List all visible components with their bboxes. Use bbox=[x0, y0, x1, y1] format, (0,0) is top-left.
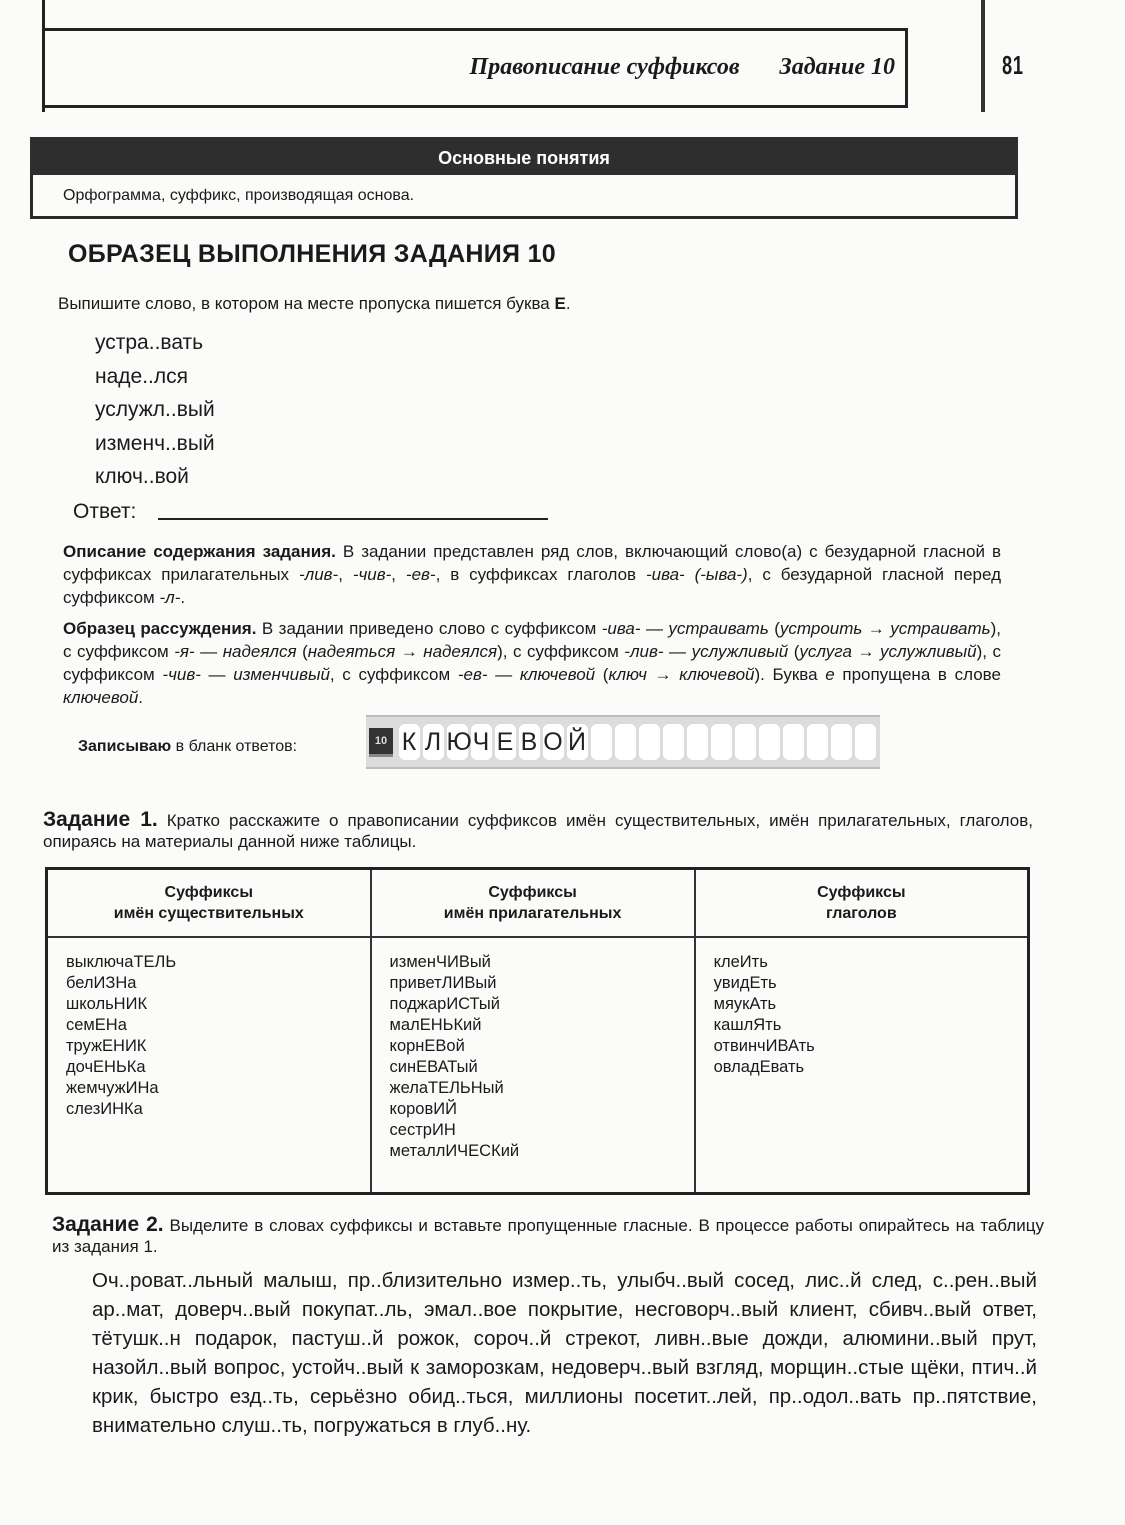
answer-blank-cell[interactable]: К bbox=[399, 724, 420, 760]
answer-line[interactable] bbox=[158, 518, 548, 520]
suffix-example: овладЕвать bbox=[714, 1057, 1027, 1078]
suffix-example: дочЕНЬКа bbox=[66, 1057, 370, 1078]
sample-word: услужл..вый bbox=[95, 393, 215, 427]
answer-blank-cell[interactable] bbox=[807, 724, 828, 760]
blank-task-number: 10 bbox=[369, 728, 393, 757]
answer-blank-cell[interactable]: Е bbox=[495, 724, 516, 760]
answer-blank-cell[interactable] bbox=[831, 724, 852, 760]
table-header-cell: Суффиксыимён прилагательных bbox=[371, 869, 695, 938]
suffix-example: семЕНа bbox=[66, 1015, 370, 1036]
answer-blank-label: Записываю в бланк ответов: bbox=[78, 738, 297, 756]
task-description: Описание содержания задания. В задании п… bbox=[63, 540, 1001, 609]
suffix-table: Суффиксыимён существительныхСуффиксыимён… bbox=[45, 867, 1030, 1195]
suffix-example: белИЗНа bbox=[66, 973, 370, 994]
sample-instruction: Выпишите слово, в котором на месте пропу… bbox=[58, 294, 571, 314]
answer-blank-cell[interactable] bbox=[639, 724, 660, 760]
suffix-example: приветЛИВый bbox=[390, 973, 694, 994]
suffix-example: коровИЙ bbox=[390, 1099, 694, 1120]
answer-blank-cell[interactable]: Ю bbox=[447, 724, 468, 760]
answer-blank-cell[interactable] bbox=[687, 724, 708, 760]
table-cell: изменЧИВыйприветЛИВыйподжарИСТыймалЕНЬКи… bbox=[371, 937, 695, 1194]
suffix-example: сестрИН bbox=[390, 1120, 694, 1141]
answer-blank-cell[interactable]: Ч bbox=[471, 724, 492, 760]
suffix-example: увидЕть bbox=[714, 973, 1027, 994]
instruction-end: . bbox=[566, 294, 571, 313]
suffix-example: корнЕВой bbox=[390, 1036, 694, 1057]
task2-text: Выделите в словах суффиксы и вставьте пр… bbox=[52, 1216, 1044, 1256]
answer-blank-cell[interactable] bbox=[711, 724, 732, 760]
answer-blank-cell[interactable] bbox=[783, 724, 804, 760]
header-vertical-rule bbox=[981, 0, 985, 112]
suffix-example: синЕВАТый bbox=[390, 1057, 694, 1078]
answer-blank-cell[interactable]: Л bbox=[423, 724, 444, 760]
suffix-example: выключаТЕЛЬ bbox=[66, 952, 370, 973]
instruction-text: Выпишите слово, в котором на месте пропу… bbox=[58, 294, 550, 313]
answer-blank-cell[interactable] bbox=[591, 724, 612, 760]
sample-word: устра..вать bbox=[95, 326, 215, 360]
suffix-example: клеИть bbox=[714, 952, 1027, 973]
blank-label-bold: Записываю bbox=[78, 738, 171, 755]
task-label: Задание 10 bbox=[780, 54, 895, 80]
suffix-example: мяукАть bbox=[714, 994, 1027, 1015]
task1-text: Кратко расскажите о правописании суффикс… bbox=[43, 811, 1033, 851]
task2-exercise: Оч..роват..льный малыш, пр..близительно … bbox=[92, 1266, 1037, 1440]
concepts-title: Основные понятия bbox=[30, 137, 1018, 175]
page-number: 81 bbox=[1002, 50, 1024, 81]
suffix-example: малЕНЬКий bbox=[390, 1015, 694, 1036]
answer-blank-cell[interactable]: О bbox=[543, 724, 564, 760]
suffix-example: желаТЕЛЬНый bbox=[390, 1078, 694, 1099]
sample-title: ОБРАЗЕЦ ВЫПОЛНЕНИЯ ЗАДАНИЯ 10 bbox=[68, 240, 556, 269]
sample-word: наде..лся bbox=[95, 360, 215, 394]
table-header-cell: Суффиксыглаголов bbox=[695, 869, 1029, 938]
reasoning-sample: Образец рассуждения. В задании приведено… bbox=[63, 617, 1001, 709]
suffix-example: тружЕНИК bbox=[66, 1036, 370, 1057]
table-cell: выключаТЕЛЬбелИЗНашкольНИКсемЕНатружЕНИК… bbox=[47, 937, 371, 1194]
running-header: Правописание суффиксовЗадание 10 bbox=[470, 54, 895, 81]
suffix-example: слезИНКа bbox=[66, 1099, 370, 1120]
suffix-example: школьНИК bbox=[66, 994, 370, 1015]
answer-blank-cell[interactable] bbox=[663, 724, 684, 760]
blank-label-rest: в бланк ответов: bbox=[176, 738, 297, 755]
table-row: выключаТЕЛЬбелИЗНашкольНИКсемЕНатружЕНИК… bbox=[47, 937, 1029, 1194]
task1-label: Задание 1. bbox=[43, 808, 158, 831]
answer-blank-cell[interactable] bbox=[759, 724, 780, 760]
task2-label: Задание 2. bbox=[52, 1213, 164, 1236]
sample-word: изменч..вый bbox=[95, 427, 215, 461]
sample-word-list: устра..ватьнаде..лсяуслужл..выйизменч..в… bbox=[95, 326, 215, 494]
suffix-example: поджарИСТый bbox=[390, 994, 694, 1015]
description-label: Описание содержания задания. bbox=[63, 542, 336, 561]
task1-header: Задание 1. Кратко расскажите о правописа… bbox=[43, 809, 1033, 852]
table-header-row: Суффиксыимён существительныхСуффиксыимён… bbox=[47, 869, 1029, 938]
answer-label: Ответ: bbox=[73, 500, 136, 524]
suffix-example: изменЧИВый bbox=[390, 952, 694, 973]
answer-blank-cell[interactable] bbox=[615, 724, 636, 760]
answer-blank-cell[interactable] bbox=[735, 724, 756, 760]
suffix-example: жемчужИНа bbox=[66, 1078, 370, 1099]
sample-word: ключ..вой bbox=[95, 460, 215, 494]
task2-header: Задание 2. Выделите в словах суффиксы и … bbox=[52, 1214, 1044, 1257]
suffix-example: кашлЯть bbox=[714, 1015, 1027, 1036]
concepts-text: Орфограмма, суффикс, производящая основа… bbox=[30, 175, 1018, 219]
answer-blank-cell[interactable]: Й bbox=[567, 724, 588, 760]
answer-blank-cell[interactable] bbox=[855, 724, 876, 760]
answer-blank-cell[interactable]: В bbox=[519, 724, 540, 760]
table-header-cell: Суффиксыимён существительных bbox=[47, 869, 371, 938]
answer-blank-grid: 10 КЛЮЧЕВОЙ bbox=[366, 715, 880, 769]
suffix-example: отвинчИВАть bbox=[714, 1036, 1027, 1057]
suffix-example: металлИЧЕСКий bbox=[390, 1141, 694, 1162]
reasoning-label: Образец рассуждения. bbox=[63, 619, 256, 638]
table-cell: клеИтьувидЕтьмяукАтькашлЯтьотвинчИВАтьов… bbox=[695, 937, 1029, 1194]
section-title: Правописание суффиксов bbox=[470, 54, 740, 80]
instruction-letter: Е bbox=[555, 294, 566, 313]
